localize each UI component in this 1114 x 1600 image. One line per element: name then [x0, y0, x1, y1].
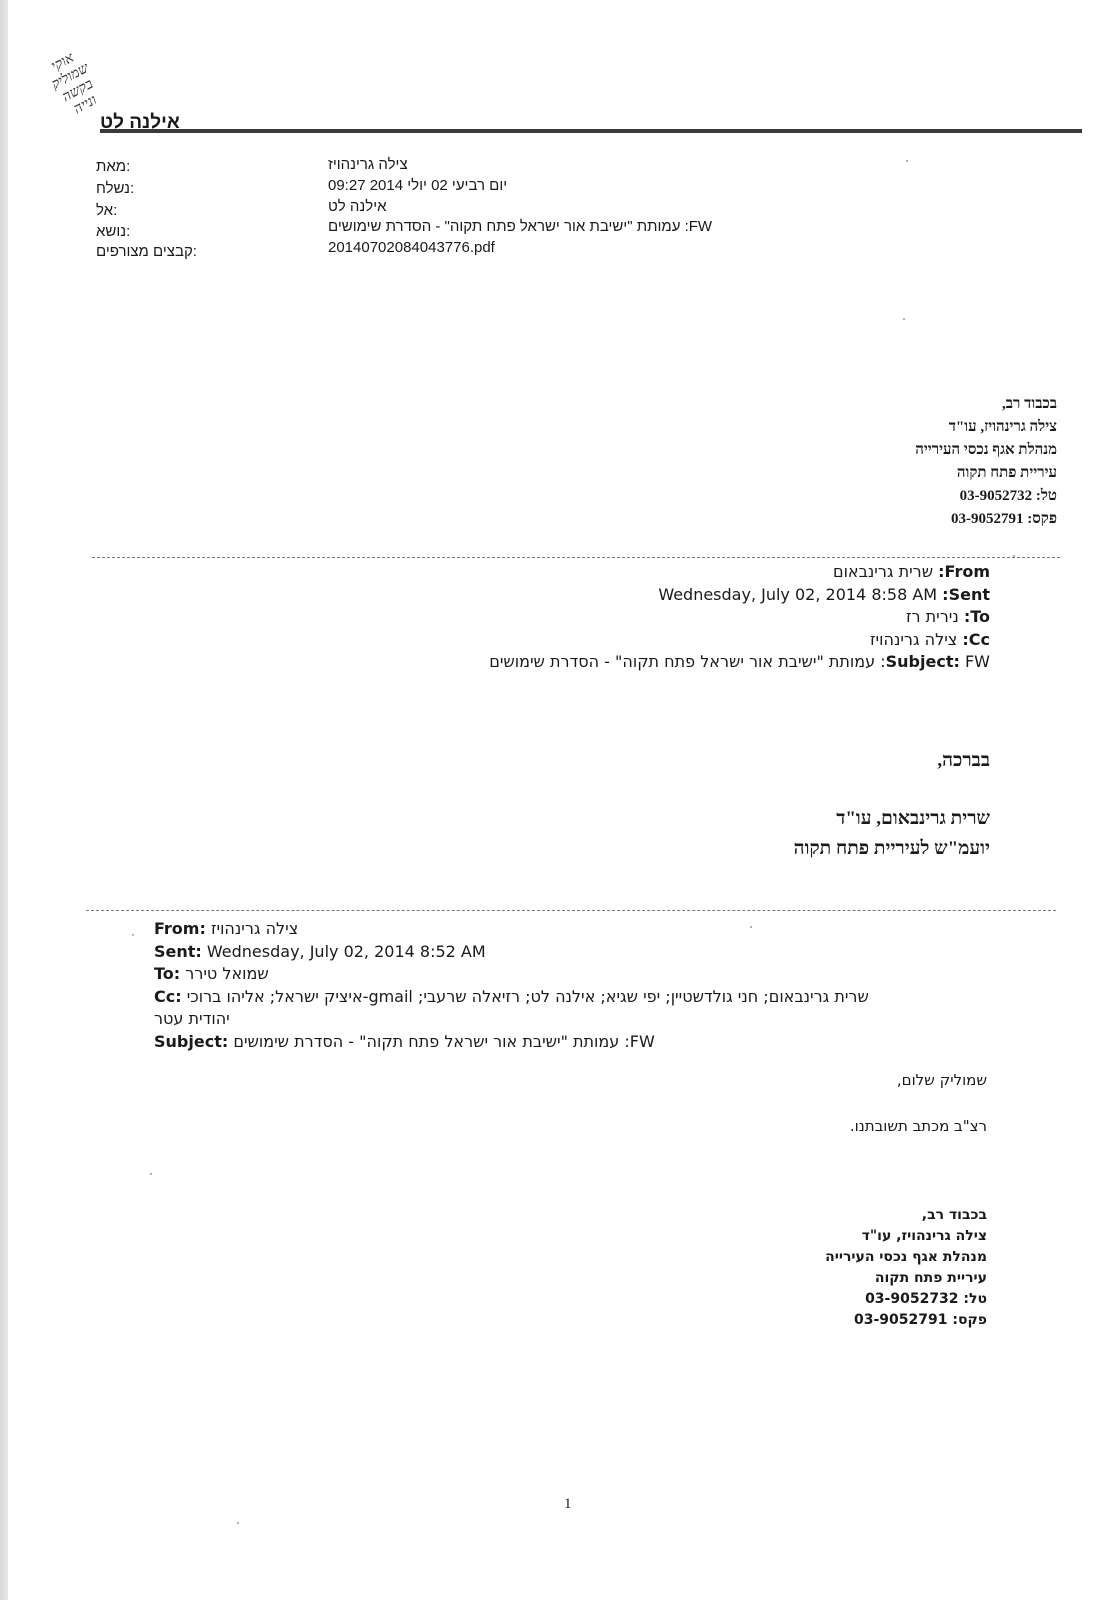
fw1-cc-label: Cc:: [962, 630, 990, 649]
fw1-from-value: שרית גרינבאום: [833, 562, 933, 581]
fw2-cc-label: Cc:: [154, 987, 182, 1006]
sig-line: טל: 03-9052732: [825, 1289, 987, 1310]
fw2-subject-label: Subject:: [154, 1032, 228, 1051]
scan-speck: [906, 160, 908, 162]
sig-line: בכבוד רב,: [915, 393, 1057, 416]
scan-edge: [0, 0, 8, 1600]
fw1-to-label: To:: [964, 607, 990, 626]
sig-line: פקס: 03-9052791: [915, 508, 1057, 531]
fw2-cc-cont: יהודית עטר: [154, 1008, 869, 1031]
body-text: רצ"ב מכתב תשובתנו.: [850, 1117, 987, 1135]
sig-line: עיריית פתח תקוה: [915, 462, 1057, 485]
forward-1-header: From: שרית גרינבאום Sent: Wednesday, Jul…: [489, 561, 990, 674]
fw1-cc-value: צילה גרינהויז: [870, 630, 957, 649]
from-label: :מאת: [96, 158, 130, 175]
sig-name: שרית גרינבאום, עו"ד: [794, 804, 990, 834]
fw1-subject-label: Subject:: [886, 652, 960, 671]
fw2-from-value: צילה גרינהויז: [211, 919, 298, 938]
bullet-mark: ·: [131, 927, 135, 941]
scan-speck: [237, 1522, 239, 1524]
fw2-subject-value: FW: עמותת "ישיבת אור ישראל פתח תקוה" - ה…: [233, 1032, 654, 1051]
separator: [92, 557, 1060, 558]
fw2-sent-value: Wednesday, July 02, 2014 8:52 AM: [207, 942, 486, 961]
fw2-sent: Sent: Wednesday, July 02, 2014 8:52 AM: [154, 941, 869, 964]
fw1-subject: Subject: FW: עמותת "ישיבת אור ישראל פתח …: [489, 651, 990, 674]
fw1-from-label: From:: [938, 562, 990, 581]
separator: [86, 910, 1056, 911]
fw2-cc-value: שרית גרינבאום; חני גולדשטיין; יפי שגיא; …: [187, 987, 869, 1006]
sent-label: :נשלח: [96, 180, 134, 197]
signature-middle: שרית גרינבאום, עו"ד יועמ"ש לעיריית פתח ת…: [794, 804, 990, 864]
sig-line: מנהלת אגף נכסי העירייה: [825, 1247, 987, 1268]
sig-title: יועמ"ש לעיריית פתח תקוה: [794, 834, 990, 864]
fw2-subject: Subject: FW: עמותת "ישיבת אור ישראל פתח …: [154, 1031, 869, 1054]
scan-speck: [150, 1173, 152, 1175]
sig-line: עיריית פתח תקוה: [825, 1268, 987, 1289]
fw1-to-value: נירית רז: [906, 607, 959, 626]
attachments-label: :קבצים מצורפים: [96, 243, 197, 260]
to-value: אילנה לט: [328, 198, 387, 215]
fw2-from: From: צילה גרינהויז: [154, 918, 869, 941]
sig-line: צילה גרינהויז, עו"ד: [915, 416, 1057, 439]
sig-line: פקס: 03-9052791: [825, 1310, 987, 1331]
sig-line: צילה גרינהויז, עו"ד: [825, 1226, 987, 1247]
sig-line: טל: 03-9052732: [915, 485, 1057, 508]
scan-speck: [750, 926, 752, 928]
body-greeting: שמוליק שלום,: [897, 1071, 987, 1089]
fw2-from-label: From:: [154, 919, 206, 938]
fw2-to: To: שמואל טירר: [154, 963, 869, 986]
attachment-link[interactable]: 20140702084043776.pdf: [328, 239, 495, 256]
fw1-cc: Cc: צילה גרינהויז: [489, 629, 990, 652]
fw1-sent-label: Sent:: [942, 585, 990, 604]
subject-label: :נושא: [96, 223, 130, 240]
subject-value: FW: עמותת "ישיבת אור ישראל פתח תקוה" - ה…: [328, 218, 712, 235]
handwritten-note: אוקי שמוליק בקשה ונייה: [24, 36, 137, 153]
signature-top: בכבוד רב, צילה גרינהויז, עו"ד מנהלת אגף …: [915, 393, 1057, 531]
fw2-to-value: שמואל טירר: [185, 964, 268, 983]
from-value: צילה גרינהויז: [328, 156, 428, 173]
signature-bottom: בכבוד רב, צילה גרינהויז, עו"ד מנהלת אגף …: [825, 1205, 987, 1331]
fw1-sent: Sent: Wednesday, July 02, 2014 8:58 AM: [489, 584, 990, 607]
scan-speck: [1013, 555, 1015, 557]
fw2-cc: Cc: שרית גרינבאום; חני גולדשטיין; יפי שג…: [154, 986, 869, 1009]
fw1-from: From: שרית גרינבאום: [489, 561, 990, 584]
page-number: 1: [564, 1496, 572, 1513]
signature-middle-greeting: בברכה,: [937, 750, 990, 772]
fw1-sent-value: Wednesday, July 02, 2014 8:58 AM: [658, 585, 937, 604]
sig-line: מנהלת אגף נכסי העירייה: [915, 439, 1057, 462]
fw2-sent-label: Sent:: [154, 942, 202, 961]
forward-2-header: From: צילה גרינהויז Sent: Wednesday, Jul…: [154, 918, 869, 1053]
to-label: :אל: [96, 202, 117, 219]
fw1-to: To: נירית רז: [489, 606, 990, 629]
sent-value: יום רביעי 02 יולי 2014 09:27: [328, 177, 507, 194]
scan-speck: [903, 318, 905, 320]
fw2-to-label: To:: [154, 964, 180, 983]
fw2-cc-value-cont: יהודית עטר: [154, 1009, 230, 1028]
header-rule: [100, 129, 1082, 133]
sig-line: בכבוד רב,: [825, 1205, 987, 1226]
